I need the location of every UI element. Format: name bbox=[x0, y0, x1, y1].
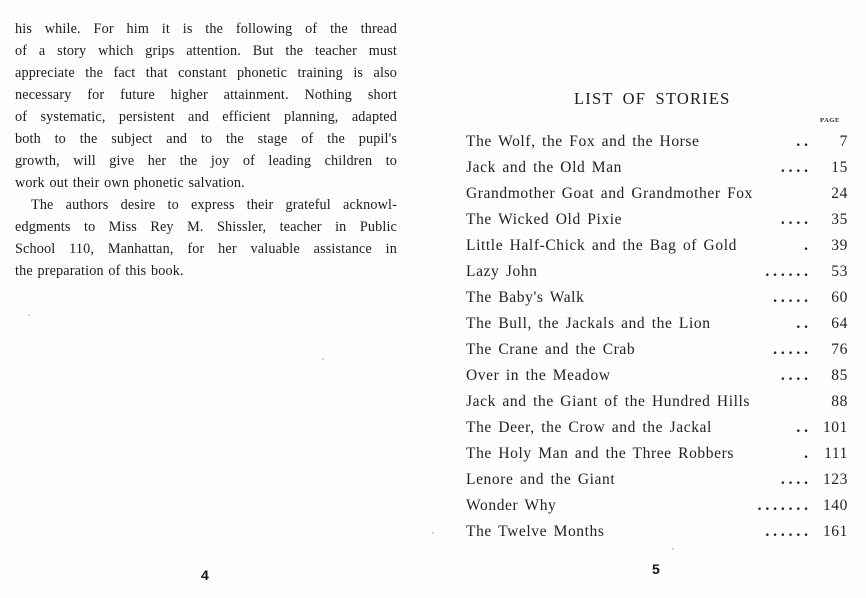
story-page: 60 bbox=[810, 285, 848, 311]
dot-leader: . . . . . bbox=[773, 337, 808, 363]
story-title: The Bull, the Jackals and the Lion bbox=[466, 311, 711, 337]
dot-leader: . . . . . . bbox=[765, 519, 808, 545]
dot-leader: . . bbox=[796, 311, 808, 337]
dot-leader: . . . . bbox=[781, 467, 808, 493]
story-page: 76 bbox=[810, 337, 848, 363]
toc-entry[interactable]: Jack and the Giant of the Hundred Hills … bbox=[466, 389, 848, 415]
dot-leader: . . . . . bbox=[773, 285, 808, 311]
story-page: 39 bbox=[810, 233, 848, 259]
paper-speck bbox=[322, 358, 324, 360]
toc-entry[interactable]: The Crane and the Crab . . . . . 76 bbox=[466, 337, 848, 363]
story-page: 85 bbox=[810, 363, 848, 389]
story-page: 24 bbox=[810, 181, 848, 207]
toc-title: LIST OF STORIES bbox=[574, 89, 731, 109]
text-line: of a story which grips attention. But th… bbox=[15, 40, 397, 62]
story-page: 101 bbox=[810, 415, 848, 441]
toc-entry[interactable]: The Wicked Old Pixie . . . . 35 bbox=[466, 207, 848, 233]
story-title: The Crane and the Crab bbox=[466, 337, 635, 363]
dot-leader: . . . . . . . bbox=[758, 493, 808, 519]
story-title: Grandmother Goat and Grandmother Fox bbox=[466, 181, 753, 207]
story-page: 53 bbox=[810, 259, 848, 285]
story-title: The Wolf, the Fox and the Horse bbox=[466, 129, 700, 155]
paper-speck bbox=[672, 548, 674, 550]
toc-entry[interactable]: Lenore and the Giant . . . . 123 bbox=[466, 467, 848, 493]
story-title: The Deer, the Crow and the Jackal bbox=[466, 415, 712, 441]
toc-entry[interactable]: Grandmother Goat and Grandmother Fox 24 bbox=[466, 181, 848, 207]
dot-leader: . . bbox=[796, 415, 808, 441]
text-line: The authors desire to express their grat… bbox=[15, 194, 397, 216]
toc-entry[interactable]: Little Half-Chick and the Bag of Gold . … bbox=[466, 233, 848, 259]
story-page: 64 bbox=[810, 311, 848, 337]
story-page: 35 bbox=[810, 207, 848, 233]
text-line: necessary for future higher attainment. … bbox=[15, 84, 397, 106]
dot-leader: . . . . . . bbox=[765, 259, 808, 285]
text-line: his while. For him it is the following o… bbox=[15, 18, 397, 40]
toc-entry[interactable]: The Wolf, the Fox and the Horse . . 7 bbox=[466, 129, 848, 155]
dot-leader: . . bbox=[796, 129, 808, 155]
story-title: Little Half-Chick and the Bag of Gold bbox=[466, 233, 737, 259]
story-title: Jack and the Old Man bbox=[466, 155, 622, 181]
left-page: his while. For him it is the following o… bbox=[0, 0, 430, 598]
dot-leader: . . . . bbox=[781, 207, 808, 233]
story-title: The Twelve Months bbox=[466, 519, 605, 545]
text-line: both to the subject and to the stage of … bbox=[15, 128, 397, 150]
toc-entry[interactable]: Over in the Meadow . . . . 85 bbox=[466, 363, 848, 389]
story-page: 111 bbox=[810, 441, 848, 467]
table-of-contents: The Wolf, the Fox and the Horse . . 7 Ja… bbox=[466, 129, 848, 545]
text-line: of systematic, persistent and efficient … bbox=[15, 106, 397, 128]
text-line: edgments to Miss Rey M. Shissler, teache… bbox=[15, 216, 397, 238]
dot-leader: . bbox=[804, 233, 808, 259]
paper-speck bbox=[432, 532, 434, 534]
story-title: Over in the Meadow bbox=[466, 363, 611, 389]
dot-leader: . bbox=[804, 441, 808, 467]
toc-entry[interactable]: The Holy Man and the Three Robbers . 111 bbox=[466, 441, 848, 467]
text-line: School 110, Manhattan, for her valuable … bbox=[15, 238, 397, 260]
toc-entry[interactable]: Wonder Why . . . . . . . 140 bbox=[466, 493, 848, 519]
story-title: Lazy John bbox=[466, 259, 538, 285]
story-title: The Wicked Old Pixie bbox=[466, 207, 622, 233]
toc-entry[interactable]: Jack and the Old Man . . . . 15 bbox=[466, 155, 848, 181]
story-page: 161 bbox=[810, 519, 848, 545]
story-title: The Holy Man and the Three Robbers bbox=[466, 441, 734, 467]
right-page: LIST OF STORIES PAGE The Wolf, the Fox a… bbox=[430, 0, 866, 598]
page-column-header: PAGE bbox=[820, 117, 840, 124]
toc-entry[interactable]: Lazy John . . . . . . 53 bbox=[466, 259, 848, 285]
story-page: 7 bbox=[810, 129, 848, 155]
text-line: growth, will give her the joy of leading… bbox=[15, 150, 397, 172]
text-line: work out their own phonetic salvation. bbox=[15, 172, 397, 194]
toc-entry[interactable]: The Twelve Months . . . . . . 161 bbox=[466, 519, 848, 545]
story-page: 15 bbox=[810, 155, 848, 181]
story-page: 140 bbox=[810, 493, 848, 519]
text-line: appreciate the fact that constant phonet… bbox=[15, 62, 397, 84]
dot-leader: . . . . bbox=[781, 155, 808, 181]
story-title: Wonder Why bbox=[466, 493, 556, 519]
toc-entry[interactable]: The Baby's Walk . . . . . 60 bbox=[466, 285, 848, 311]
story-title: Lenore and the Giant bbox=[466, 467, 615, 493]
toc-entry[interactable]: The Bull, the Jackals and the Lion . . 6… bbox=[466, 311, 848, 337]
story-page: 123 bbox=[810, 467, 848, 493]
story-title: Jack and the Giant of the Hundred Hills bbox=[466, 389, 750, 415]
dot-leader: . . . . bbox=[781, 363, 808, 389]
paragraph: his while. For him it is the following o… bbox=[15, 18, 397, 194]
preface-text: his while. For him it is the following o… bbox=[15, 18, 397, 282]
toc-entry[interactable]: The Deer, the Crow and the Jackal . . 10… bbox=[466, 415, 848, 441]
page-number: 4 bbox=[201, 567, 209, 583]
book-spread: his while. For him it is the following o… bbox=[0, 0, 866, 598]
paragraph: The authors desire to express their grat… bbox=[15, 194, 397, 282]
text-line: the preparation of this book. bbox=[15, 260, 397, 282]
story-page: 88 bbox=[810, 389, 848, 415]
paper-speck bbox=[28, 314, 30, 316]
page-number: 5 bbox=[652, 561, 660, 577]
story-title: The Baby's Walk bbox=[466, 285, 584, 311]
